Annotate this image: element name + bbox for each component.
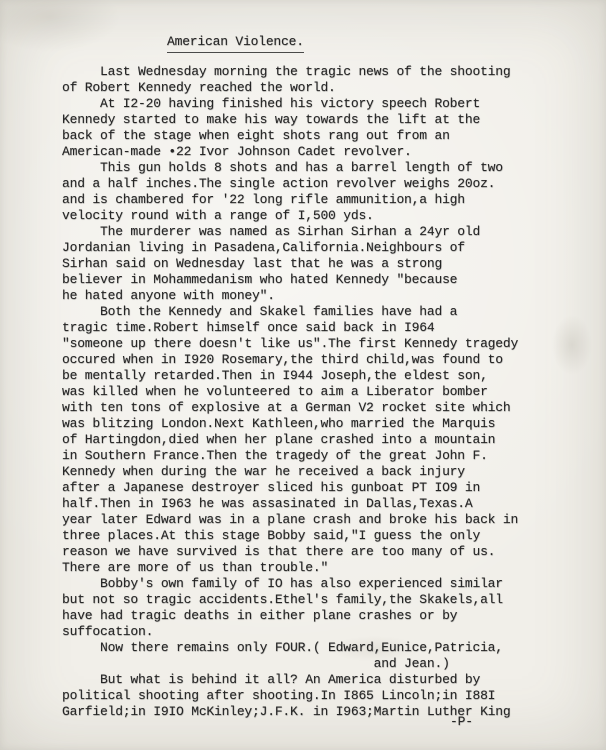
text-line: The murderer was named as Sirhan Sirhan … [62,224,518,240]
text-line: There are more of us than trouble." [62,560,518,576]
text-line: At I2-20 having finished his victory spe… [62,96,518,112]
text-line: reason we have survived is that there ar… [62,544,518,560]
text-line: year later Edward was in a plane crash a… [62,512,518,528]
text-line: suffocation. [62,624,518,640]
text-line: Both the Kennedy and Skakel families hav… [62,304,518,320]
paper-smudge [552,315,592,375]
text-line: was blitzing London.Next Kathleen,who ma… [62,416,518,432]
text-line: Kennedy when during the war he received … [62,464,518,480]
text-line: be mentally retarded.Then in I944 Joseph… [62,368,518,384]
document-title: American Violence. [167,34,304,53]
text-line: Now there remains only FOUR.( Edward,Eun… [62,640,518,656]
text-line: American-made •22 Ivor Johnson Cadet rev… [62,144,518,160]
text-line: Sirhan said on Wednesday last that he wa… [62,256,518,272]
text-line: but not so tragic accidents.Ethel's fami… [62,592,518,608]
text-line: and Jean.) [62,656,518,672]
text-line: of Hartingdon,died when her plane crashe… [62,432,518,448]
text-line: of Robert Kennedy reached the world. [62,80,518,96]
text-line: But what is behind it all? An America di… [62,672,518,688]
text-line: back of the stage when eight shots rang … [62,128,518,144]
text-line: Kennedy started to make his way towards … [62,112,518,128]
text-line: Jordanian living in Pasadena,California.… [62,240,518,256]
text-line: with ten tons of explosive at a German V… [62,400,518,416]
text-line: and a half inches.The single action revo… [62,176,518,192]
text-line: velocity round with a range of I,500 yds… [62,208,518,224]
text-line: This gun holds 8 shots and has a barrel … [62,160,518,176]
text-line: was killed when he volunteered to aim a … [62,384,518,400]
text-line: occured when in I920 Rosemary,the third … [62,352,518,368]
document-page: American Violence. Last Wednesday mornin… [0,0,606,750]
page-number: -P- [450,714,473,730]
paper-smudge [0,0,120,52]
text-line: half.Then in I963 he was assasinated in … [62,496,518,512]
text-line: Last Wednesday morning the tragic news o… [62,64,518,80]
text-line: he hated anyone with money". [62,288,518,304]
text-line: in Southern France.Then the tragedy of t… [62,448,518,464]
text-line: Bobby's own family of IO has also experi… [62,576,518,592]
document-body: Last Wednesday morning the tragic news o… [62,64,518,720]
text-line: after a Japanese destroyer sliced his gu… [62,480,518,496]
text-line: "someone up there doesn't like us".The f… [62,336,518,352]
text-line: political shooting after shooting.In I86… [62,688,518,704]
text-line: tragic time.Robert himself once said bac… [62,320,518,336]
text-line: three places.At this stage Bobby said,"I… [62,528,518,544]
text-line: have had tragic deaths in either plane c… [62,608,518,624]
text-line: believer in Mohammedanism who hated Kenn… [62,272,518,288]
text-line: and is chambered for '22 long rifle ammu… [62,192,518,208]
